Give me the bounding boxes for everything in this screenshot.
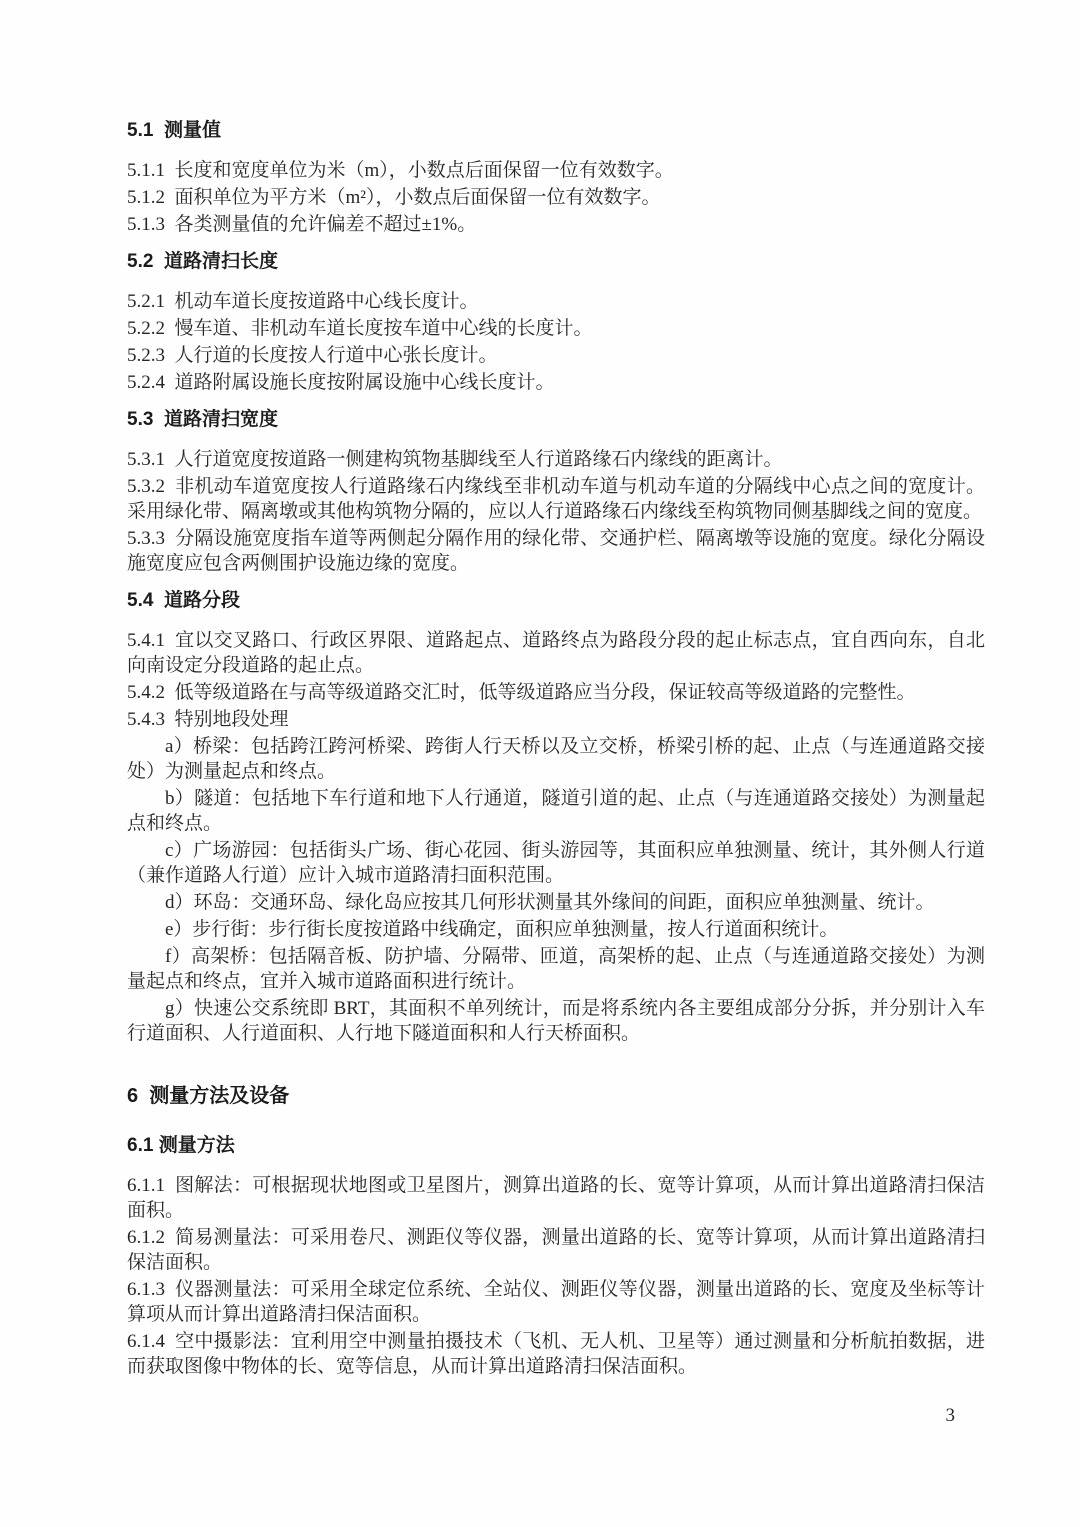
list-item-d-roundabout: d）环岛：交通环岛、绿化岛应按其几何形状测量其外缘间的间距，面积应单独测量、统计… xyxy=(127,890,985,915)
chapter-heading-6: 6 测量方法及设备 xyxy=(127,1084,985,1109)
list-item-a-bridge: a）桥梁：包括跨江跨河桥梁、跨街人行天桥以及立交桥，桥梁引桥的起、止点（与连通道… xyxy=(127,734,985,784)
list-item-c-plaza: c）广场游园：包括街头广场、街心花园、街头游园等，其面积应单独测量、统计，其外侧… xyxy=(127,838,985,888)
clause-5-3-3: 5.3.3 分隔设施宽度指车道等两侧起分隔作用的绿化带、交通护栏、隔离墩等设施的… xyxy=(127,526,985,576)
clause-5-4-1: 5.4.1 宜以交叉路口、行政区界限、道路起点、道路终点为路段分段的起止标志点，… xyxy=(127,628,985,678)
clause-5-1-1: 5.1.1 长度和宽度单位为米（m），小数点后面保留一位有效数字。 xyxy=(127,158,985,183)
clause-6-1-4: 6.1.4 空中摄影法：宜利用空中测量拍摄技术（飞机、无人机、卫星等）通过测量和… xyxy=(127,1329,985,1379)
page-number: 3 xyxy=(127,1403,985,1428)
list-item-f-viaduct: f）高架桥：包括隔音板、防护墙、分隔带、匝道，高架桥的起、止点（与连通道路交接处… xyxy=(127,944,985,994)
clause-5-3-1: 5.3.1 人行道宽度按道路一侧建构筑物基脚线至人行道路缘石内缘线的距离计。 xyxy=(127,447,985,472)
section-heading-5-2: 5.2 道路清扫长度 xyxy=(127,249,985,274)
section-heading-5-3: 5.3 道路清扫宽度 xyxy=(127,407,985,432)
clause-5-3-2: 5.3.2 非机动车道宽度按人行道路缘石内缘线至非机动车道与机动车道的分隔线中心… xyxy=(127,474,985,524)
clause-5-2-4: 5.2.4 道路附属设施长度按附属设施中心线长度计。 xyxy=(127,370,985,395)
clause-5-1-3: 5.1.3 各类测量值的允许偏差不超过±1%。 xyxy=(127,212,985,237)
list-item-g-brt: g）快速公交系统即 BRT，其面积不单列统计，而是将系统内各主要组成部分分拆，并… xyxy=(127,996,985,1046)
section-heading-5-1: 5.1 测量值 xyxy=(127,118,985,143)
list-item-e-pedestrian: e）步行街：步行街长度按道路中线确定，面积应单独测量，按人行道面积统计。 xyxy=(127,917,985,942)
document-content: 5.1 测量值 5.1.1 长度和宽度单位为米（m），小数点后面保留一位有效数字… xyxy=(127,118,985,1428)
section-heading-6-1: 6.1 测量方法 xyxy=(127,1133,985,1158)
clause-6-1-2: 6.1.2 简易测量法：可采用卷尺、测距仪等仪器，测量出道路的长、宽等计算项，从… xyxy=(127,1225,985,1275)
clause-6-1-1: 6.1.1 图解法：可根据现状地图或卫星图片，测算出道路的长、宽等计算项，从而计… xyxy=(127,1173,985,1223)
clause-5-1-2: 5.1.2 面积单位为平方米（m²），小数点后面保留一位有效数字。 xyxy=(127,185,985,210)
list-item-b-tunnel: b）隧道：包括地下车行道和地下人行通道，隧道引道的起、止点（与连通道路交接处）为… xyxy=(127,786,985,836)
clause-5-2-3: 5.2.3 人行道的长度按人行道中心张长度计。 xyxy=(127,343,985,368)
clause-5-2-1: 5.2.1 机动车道长度按道路中心线长度计。 xyxy=(127,289,985,314)
section-heading-5-4: 5.4 道路分段 xyxy=(127,588,985,613)
clause-5-4-3: 5.4.3 特别地段处理 xyxy=(127,707,985,732)
clause-6-1-3: 6.1.3 仪器测量法：可采用全球定位系统、全站仪、测距仪等仪器，测量出道路的长… xyxy=(127,1277,985,1327)
clause-5-4-2: 5.4.2 低等级道路在与高等级道路交汇时，低等级道路应当分段，保证较高等级道路… xyxy=(127,680,985,705)
clause-5-2-2: 5.2.2 慢车道、非机动车道长度按车道中心线的长度计。 xyxy=(127,316,985,341)
document-page: 5.1 测量值 5.1.1 长度和宽度单位为米（m），小数点后面保留一位有效数字… xyxy=(0,0,1080,1527)
